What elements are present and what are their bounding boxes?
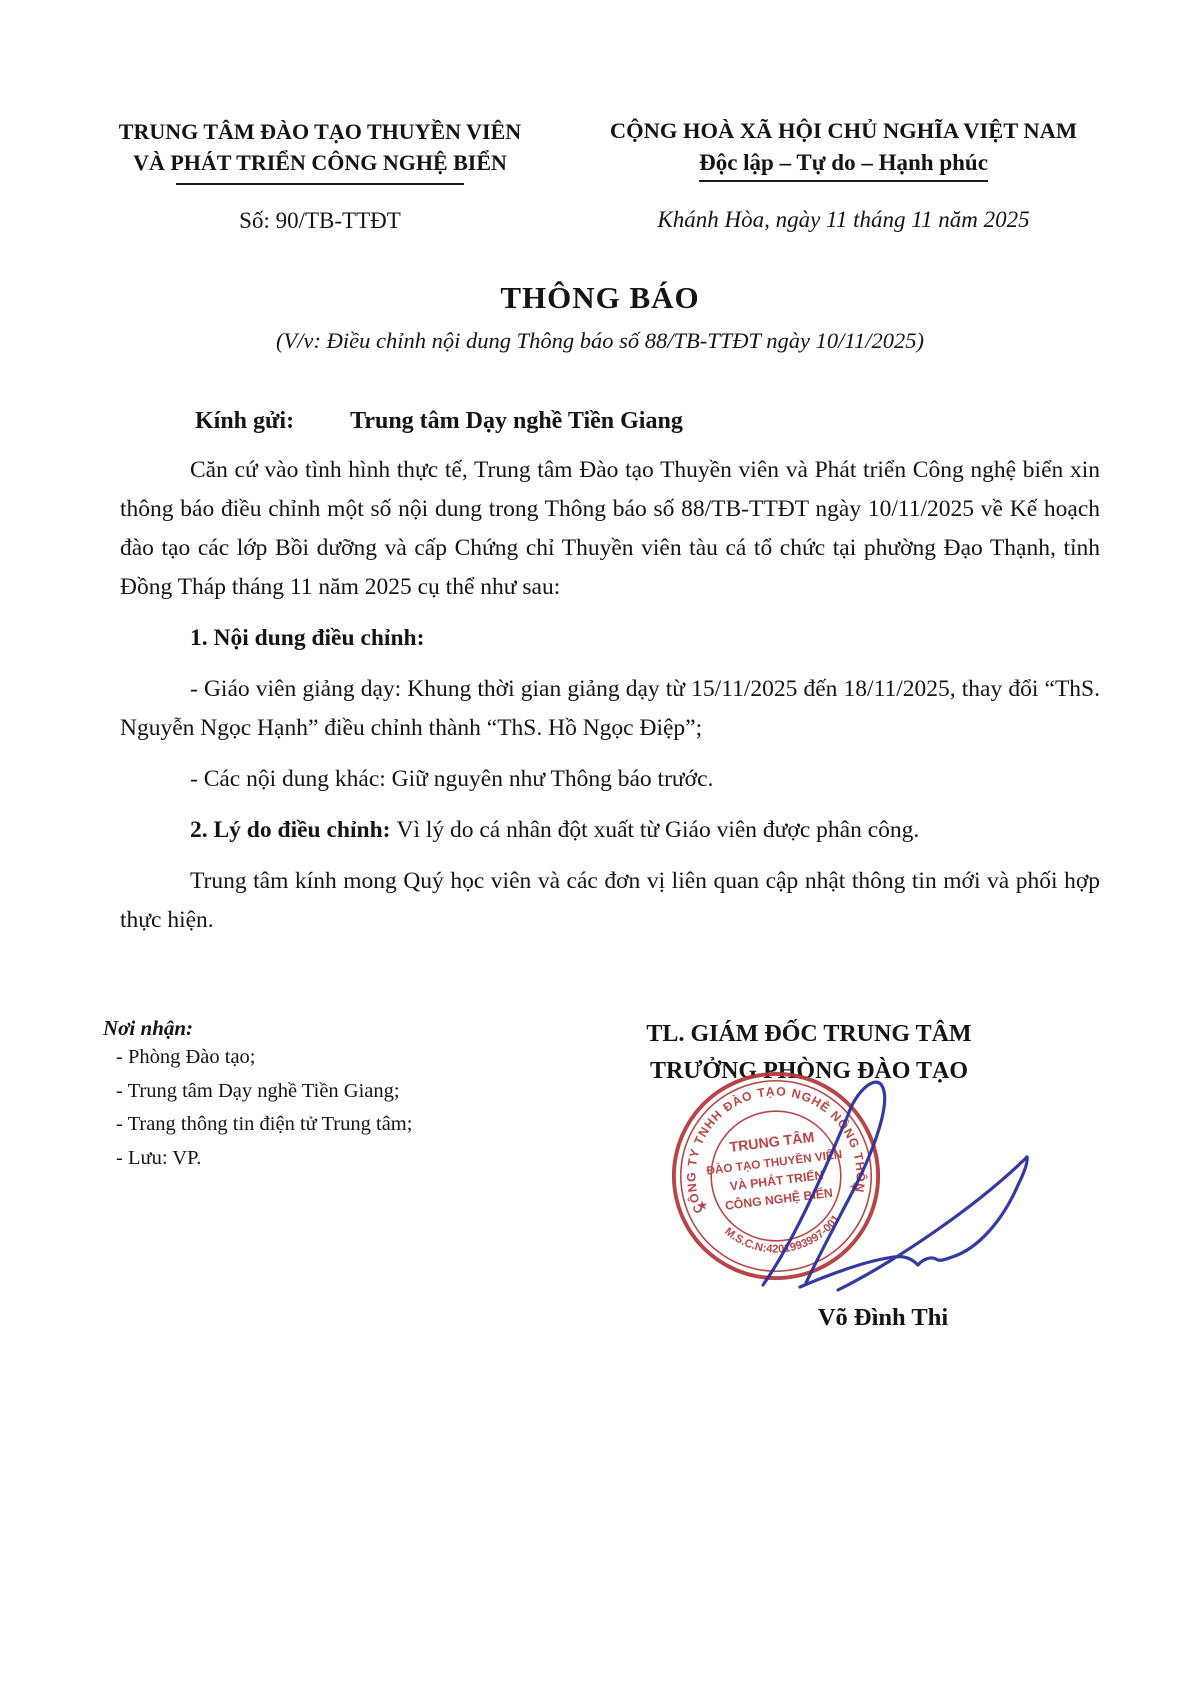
document-header: TRUNG TÂM ĐÀO TẠO THUYỀN VIÊN VÀ PHÁT TR…	[0, 0, 1200, 234]
national-title: CỘNG HOÀ XÃ HỘI CHỦ NGHĨA VIỆT NAM	[555, 116, 1132, 146]
org-underline	[176, 183, 464, 185]
document-page: TRUNG TÂM ĐÀO TẠO THUYỀN VIÊN VÀ PHÁT TR…	[0, 0, 1200, 1696]
national-motto: Độc lập – Tự do – Hạnh phúc	[699, 150, 988, 182]
document-footer: Nơi nhận: - Phòng Đào tạo; - Trung tâm D…	[0, 1016, 1200, 1332]
recipient-name: Trung tâm Dạy nghề Tiền Giang	[350, 408, 683, 434]
document-body: Căn cứ vào tình hình thực tế, Trung tâm …	[120, 451, 1100, 940]
intro-paragraph: Căn cứ vào tình hình thực tế, Trung tâm …	[120, 451, 1100, 607]
place-date: Khánh Hòa, ngày 11 tháng 11 năm 2025	[555, 207, 1132, 233]
national-motto-wrap: Độc lập – Tự do – Hạnh phúc	[555, 146, 1132, 182]
recipient-item: - Phòng Đào tạo;	[103, 1041, 518, 1075]
org-name-line1: TRUNG TÂM ĐÀO TẠO THUYỀN VIÊN	[85, 116, 555, 147]
recipient-item: - Trung tâm Dạy nghề Tiền Giang;	[103, 1075, 518, 1109]
section1-item2: - Các nội dung khác: Giữ nguyên như Thôn…	[120, 760, 1100, 799]
section2-paragraph: 2. Lý do điều chỉnh:Vì lý do cá nhân đột…	[120, 811, 1100, 850]
recipient-label: Kính gửi:	[195, 408, 294, 434]
doc-number: Số: 90/TB-TTĐT	[85, 208, 555, 234]
closing-paragraph: Trung tâm kính mong Quý học viên và các …	[120, 862, 1100, 940]
stamp-and-signature-area: CÔNG TY TNHH ĐÀO TẠO NGHỀ NÔNG THÔN M.S.…	[518, 1090, 1100, 1302]
recipients-label: Nơi nhận:	[103, 1016, 518, 1041]
national-motto-block: CỘNG HOÀ XÃ HỘI CHỦ NGHĨA VIỆT NAM Độc l…	[555, 116, 1132, 234]
signer-name: Võ Đình Thi	[592, 1304, 1174, 1332]
section1-heading: 1. Nội dung điều chỉnh:	[120, 619, 1100, 658]
issuing-org-block: TRUNG TÂM ĐÀO TẠO THUYỀN VIÊN VÀ PHÁT TR…	[85, 116, 555, 234]
signature-block: TL. GIÁM ĐỐC TRUNG TÂM TRƯỞNG PHÒNG ĐÀO …	[518, 1016, 1100, 1332]
org-name-line2: VÀ PHÁT TRIỂN CÔNG NGHỆ BIỂN	[85, 147, 555, 178]
section2-text: Vì lý do cá nhân đột xuất từ Giáo viên đ…	[396, 817, 919, 843]
recipient-item: - Trang thông tin điện tử Trung tâm;	[103, 1108, 518, 1142]
recipient-line: Kính gửi:Trung tâm Dạy nghề Tiền Giang	[195, 408, 1100, 435]
doc-title: THÔNG BÁO	[0, 280, 1200, 316]
recipient-item: - Lưu: VP.	[103, 1142, 518, 1176]
handwritten-signature-icon	[678, 1045, 1038, 1345]
doc-subject: (V/v: Điều chỉnh nội dung Thông báo số 8…	[0, 328, 1200, 354]
recipients-block: Nơi nhận: - Phòng Đào tạo; - Trung tâm D…	[103, 1016, 518, 1332]
section1-item1: - Giáo viên giảng dạy: Khung thời gian g…	[120, 670, 1100, 748]
section2-heading: 2. Lý do điều chỉnh:	[190, 817, 390, 843]
